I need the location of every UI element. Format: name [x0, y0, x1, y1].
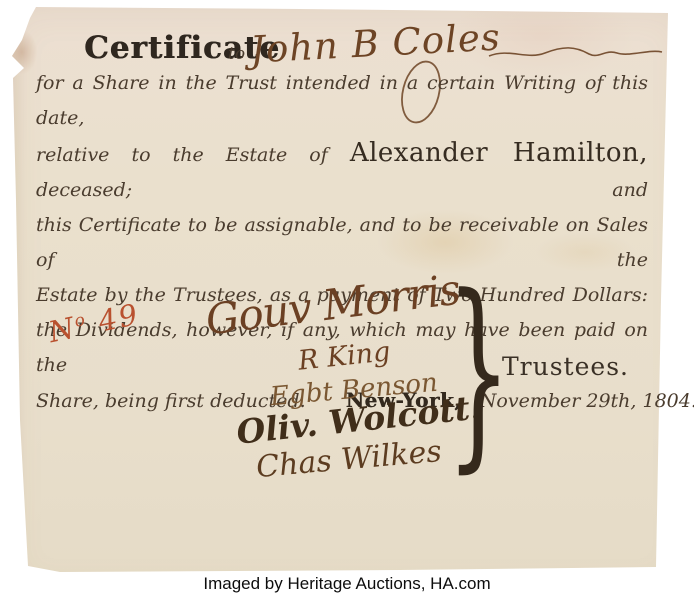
body-line-3: this Certificate to be assignable, and t… — [36, 208, 648, 278]
auction-photo: Certificate to John B Coles for a Share … — [0, 0, 694, 600]
body-line-2: relative to the Estate of Alexander Hami… — [36, 136, 648, 208]
date-text: November 29th, 1804. — [480, 390, 694, 412]
body-line-1: for a Share in the Trust intended in a c… — [36, 66, 648, 136]
to-label: to — [228, 44, 245, 64]
body-line-2-pre: relative to the Estate of — [36, 144, 328, 166]
body-line-2-post: deceased; and — [36, 179, 648, 201]
trustees-label: Trustees. — [502, 352, 629, 381]
photo-caption: Imaged by Heritage Auctions, HA.com — [0, 574, 694, 594]
hamilton-name: Alexander Hamilton, — [350, 138, 648, 168]
number-superscript: o — [73, 310, 89, 332]
